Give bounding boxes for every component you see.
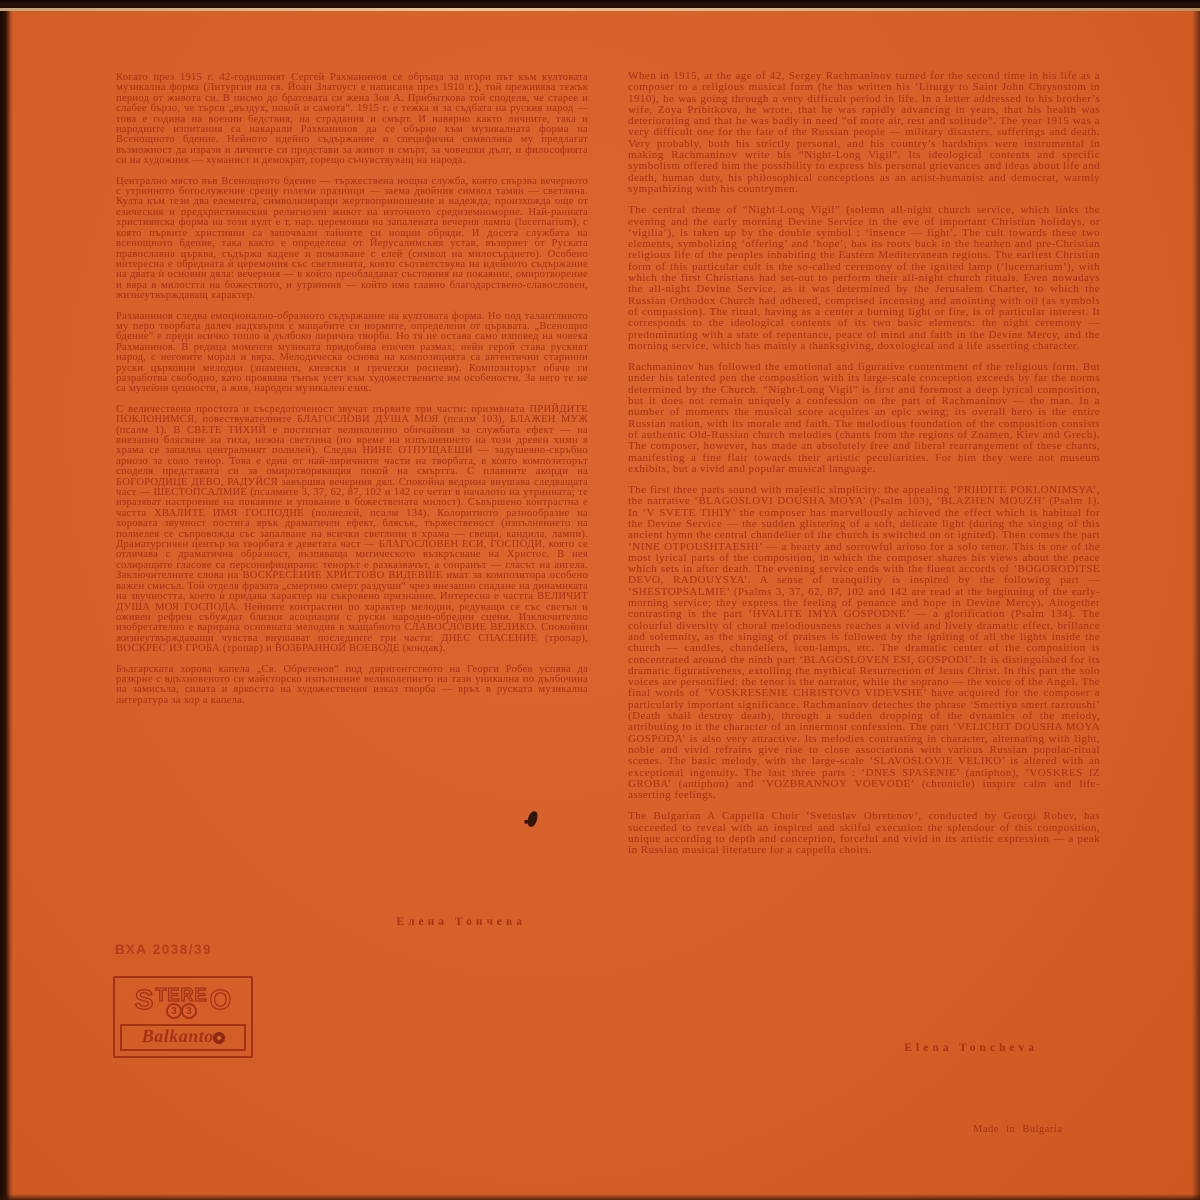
author-signature-bulgarian: Елена Тончева [116,916,588,928]
album-back-cover: Когато през 1915 г. 42-годишният Сергей … [0,0,1200,1200]
sleeve-edge-highlight [0,8,1200,11]
english-column: When in 1915, at the age of 42, Sergey R… [628,71,1100,867]
bulgarian-paragraph-3: Рахманинов следва емоционално-образното … [116,312,588,395]
balkanton-wordmark: Balkanton [120,1024,246,1051]
stereo-wordmark: S TERE O 3 3 [115,978,251,1022]
english-paragraph-1: When in 1915, at the age of 42, Sergey R… [628,71,1100,195]
rpm-33-record-icon: 3 [181,1003,197,1019]
balkanton-label-name: Balkanton [142,1026,225,1047]
english-paragraph-5: The Bulgarian A Cappella Choir ‘Svetosla… [628,811,1100,856]
sleeve-edge-right [1192,0,1200,1200]
sleeve-edge-left [0,0,13,1200]
stereo-letters-mid: TERE [155,985,207,1006]
ink-blot [526,810,538,828]
record-icon [213,1032,225,1044]
english-paragraph-3: Rachmaninov has followed the emotional a… [628,362,1100,475]
author-signature-english: Elena Toncheva [628,1042,1100,1054]
balkanton-stereo-logo: S TERE O 3 3 Balkanton [113,976,253,1058]
rpm-33-record-icon: 3 [166,1003,182,1019]
stereo-letter-o: O [209,984,231,1016]
english-paragraph-4: The first three parts sound with majesti… [628,485,1100,801]
bulgarian-paragraph-5: Българската хорова капела „Св. Обретенов… [116,665,588,707]
english-paragraph-2: The central theme of “Night-Long Vigil” … [628,205,1100,352]
bulgarian-paragraph-4: С величествена простота и съсредоточенос… [116,405,588,655]
sleeve-edge-bottom [0,1194,1200,1200]
bulgarian-paragraph-2: Централно място във Всенощното бдение — … [116,177,588,302]
catalog-number: ВХА 2038/39 [115,942,212,957]
bulgarian-column: Когато през 1915 г. 42-годишният Сергей … [116,73,588,716]
bulgarian-paragraph-1: Когато през 1915 г. 42-годишният Сергей … [116,73,588,167]
stereo-letter-s: S [135,984,154,1016]
sleeve-edge-top [0,0,1200,8]
made-in-bulgaria-note: Made in Bulgaria [973,1124,1062,1135]
